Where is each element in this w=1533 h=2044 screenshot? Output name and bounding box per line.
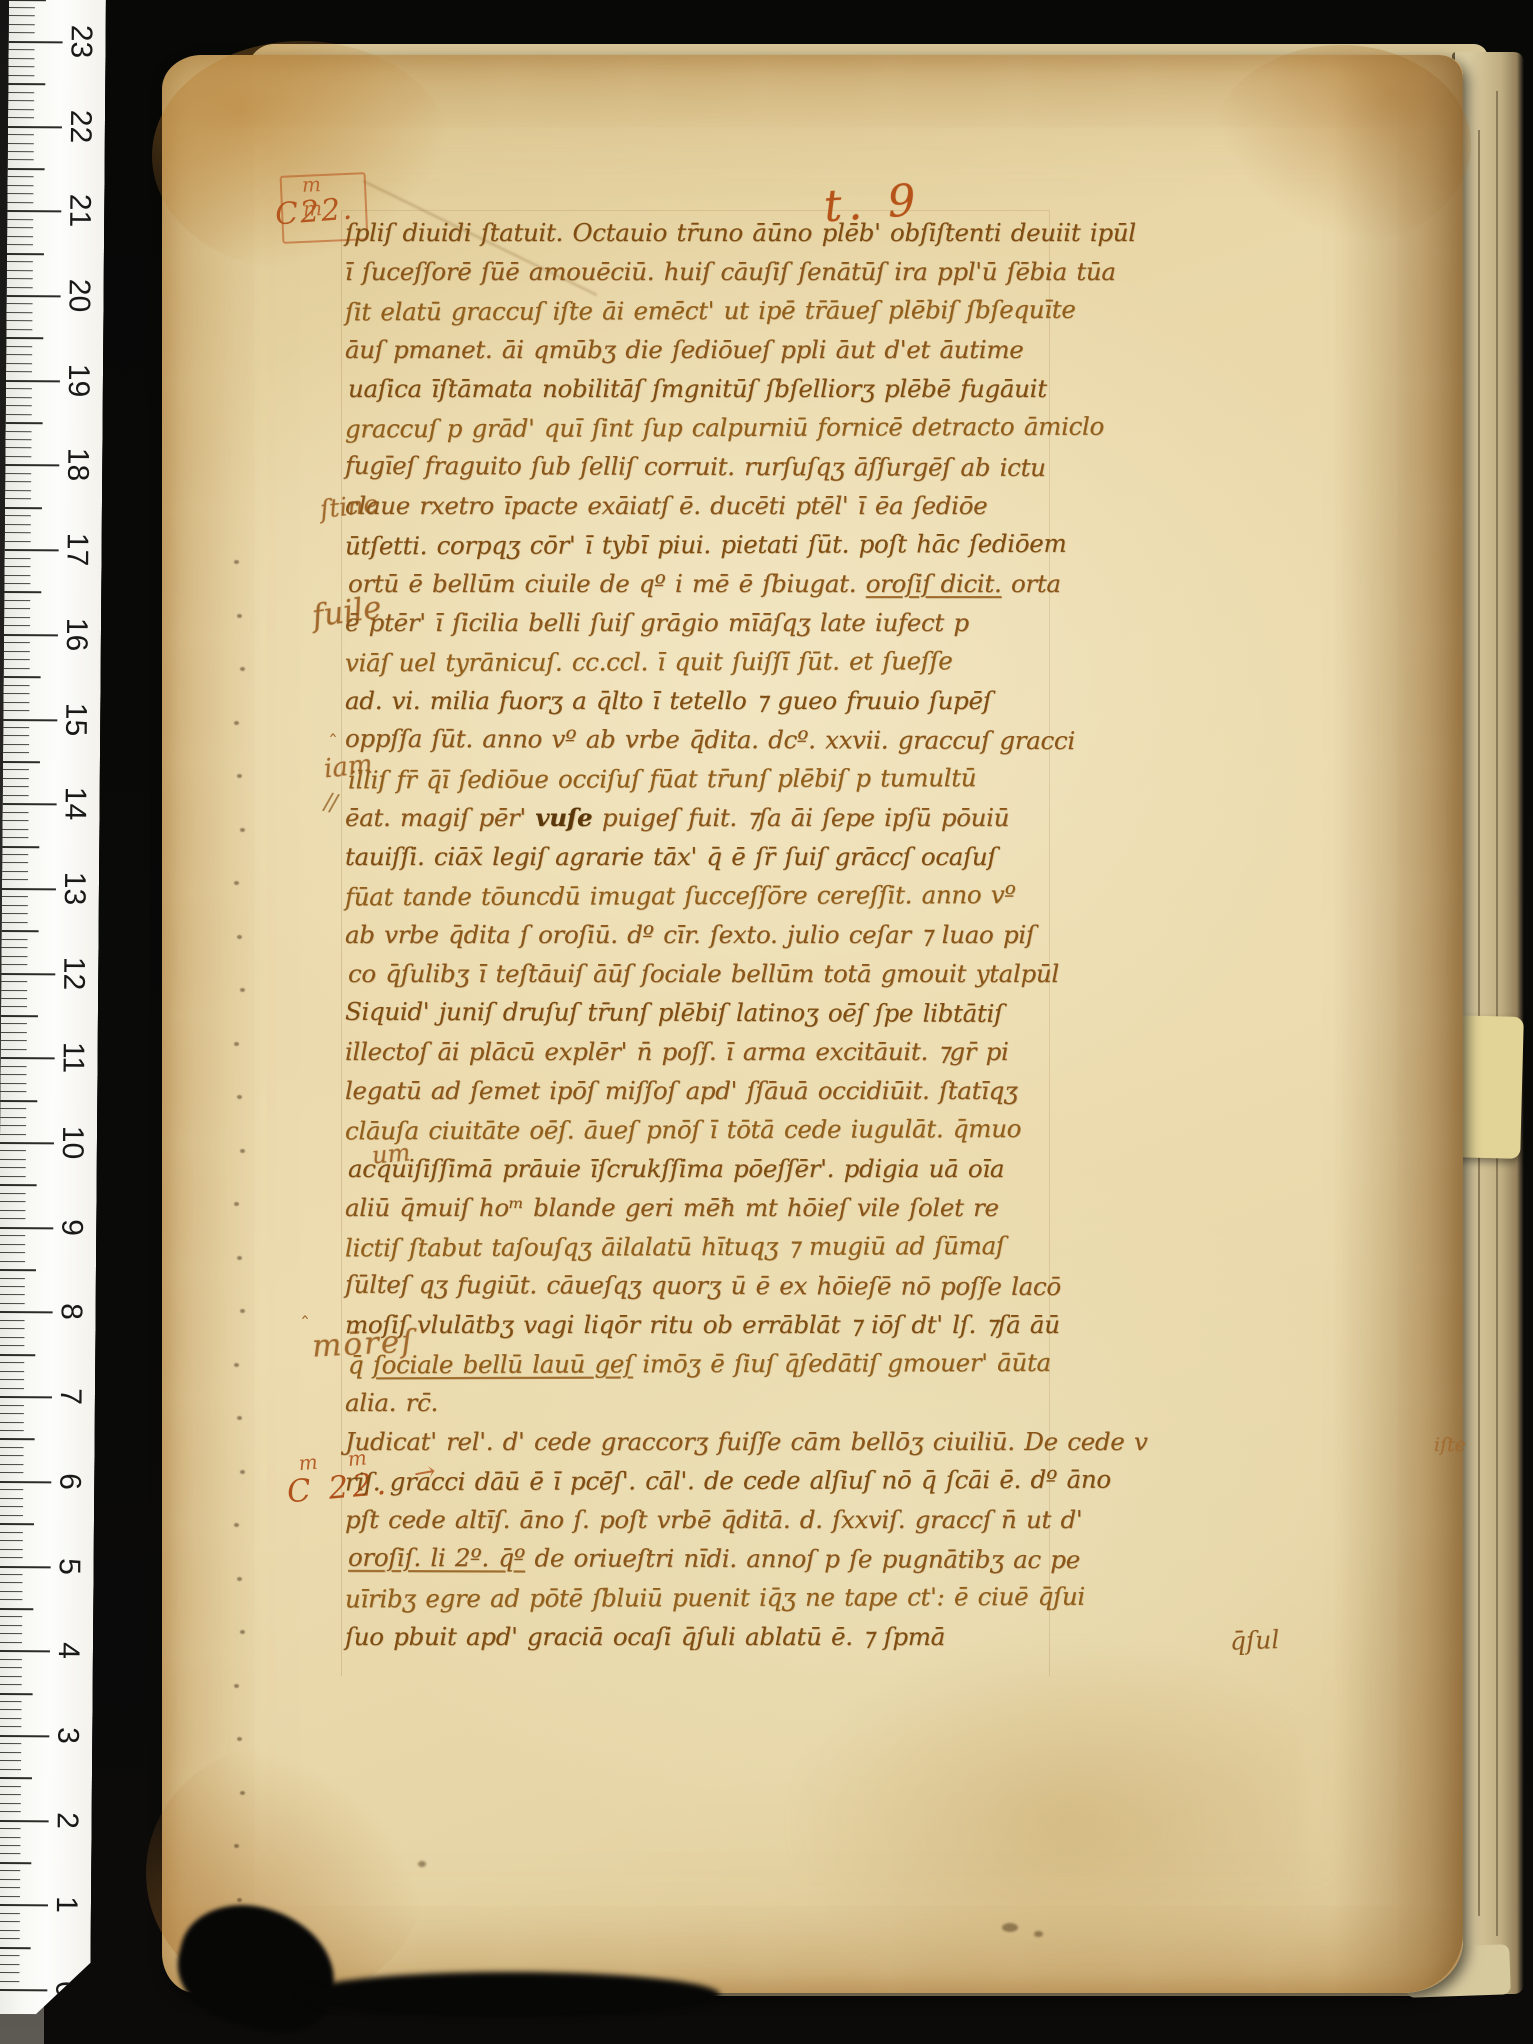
ruler-tick (4, 625, 30, 626)
ruler-tick (4, 600, 30, 601)
ruler-tick (9, 41, 63, 43)
ruler-tick (7, 287, 33, 288)
ruler-tick (0, 1591, 22, 1592)
caret-mark: ˆ (328, 730, 338, 754)
manuscript-line: ſuo pbuit apd' graciā ocaſi q̄ſuli ablat… (345, 1617, 1105, 1656)
ruler-tick (0, 1345, 24, 1346)
ruler-tick (1, 1032, 27, 1033)
ruler-tick (8, 75, 34, 76)
ruler-tick (0, 1320, 25, 1321)
ruler-tick (0, 1244, 25, 1245)
ruler-tick (2, 913, 28, 914)
ruler-tick (8, 58, 34, 59)
ruler-tick (0, 1371, 24, 1372)
ruler-tick (0, 1201, 26, 1202)
ruler-tick (9, 49, 35, 50)
pricking-hole (234, 1684, 239, 1688)
ruler-tick (7, 202, 33, 203)
ruler-tick (6, 388, 32, 389)
ruler-tick (7, 244, 33, 245)
manuscript-line: ēat. magiſ pēr' vuſe puigeſ fuit. ⁊ſa āi… (345, 798, 1105, 837)
ruler-tick (3, 812, 29, 813)
ruler-tick (0, 1294, 25, 1295)
manuscript-line: illiſ fr̄ q̄ī ſediōue occiſuſ fūat tr̄un… (348, 758, 1105, 800)
ruler-tick (0, 1379, 24, 1380)
ruler-tick (0, 1405, 24, 1406)
ruler-tick (3, 744, 29, 745)
ruler-tick (0, 1286, 25, 1287)
pricking-hole (240, 828, 245, 832)
ruler-tick (7, 295, 61, 297)
ruler-tick (8, 176, 34, 177)
ruler-tick (0, 1362, 24, 1363)
ruler-tick (3, 778, 29, 779)
ruler-tick (0, 1777, 32, 1779)
ruler-tick (3, 795, 29, 796)
ruler-tick (7, 261, 33, 262)
ruler-tick (1, 1066, 27, 1067)
ruler-tick (0, 1947, 31, 1949)
ruler-tick (6, 363, 32, 364)
ruler-tick (9, 24, 35, 25)
ruler-tick (9, 0, 46, 1)
ruler-tick (0, 1786, 21, 1787)
pricking-hole (240, 1470, 245, 1474)
ruler-tick (0, 1142, 54, 1144)
ruler-tick (0, 1735, 49, 1737)
ruler-tick (0, 1447, 24, 1448)
ruler-tick (0, 1083, 26, 1084)
manuscript-line: ortū ē bellūm ciuile de qº i mē ē ſbiuga… (348, 564, 1105, 603)
ruler-tick (5, 456, 31, 457)
ruler-tick (0, 1489, 23, 1490)
ruler-tick (0, 1803, 21, 1804)
ruler-tick (4, 574, 30, 575)
ruler-tick (0, 1752, 21, 1753)
ruler-tick (2, 888, 56, 890)
ruler-tick (2, 837, 28, 838)
ruler-tick (8, 159, 34, 160)
ruler-tick (0, 1557, 23, 1558)
ruler-number: 11 (54, 1040, 90, 1076)
ruler-tick (4, 685, 30, 686)
ruler-tick (0, 1811, 21, 1812)
manuscript-line: oroſiſ. li 2º. q̄º de oriueſtri nīdi. an… (348, 1538, 1105, 1579)
ruler-tick (1, 964, 27, 965)
ruler-tick (0, 1159, 26, 1160)
ruler-tick (1, 1006, 27, 1007)
ruler-tick (2, 896, 28, 897)
ruler-number: 5 (50, 1548, 86, 1584)
ruler-tick (4, 591, 41, 593)
ruler-tick (4, 668, 30, 669)
ruler-number: 8 (52, 1294, 88, 1330)
ruler-tick (0, 1472, 23, 1473)
ruler-tick (0, 1718, 21, 1719)
ruler-tick (1, 973, 55, 975)
ruler-tick (0, 1133, 26, 1134)
ruler-tick (2, 930, 39, 932)
ruler-tick (0, 1413, 24, 1414)
ruler-tick (0, 1311, 53, 1313)
ruler-tick (1, 956, 27, 957)
ruler-tick (6, 337, 43, 339)
ruler-tick (7, 227, 33, 228)
ruler-tick (0, 1337, 24, 1338)
ruler-tick (0, 1523, 34, 1525)
ruler-number: 16 (58, 616, 94, 652)
ruler-tick (6, 312, 32, 313)
manuscript-line: ſūlteſ qʒ fugiūt. cāueſqʒ quorʒ ū ē ex h… (345, 1265, 1105, 1306)
ruler-tick (0, 1642, 22, 1643)
ruler-tick (7, 303, 33, 304)
ruler-tick (0, 1743, 21, 1744)
ruler-tick (0, 1277, 25, 1278)
ruler-tick (7, 193, 33, 194)
manuscript-line: uīribʒ egre ad pōtē ſbluiū puenit iq̄ʒ n… (345, 1577, 1105, 1619)
manuscript-line: ſpliſ diuidi ſtatuit. Octauio tr̄uno āūn… (345, 213, 1105, 252)
ruler-tick (0, 1896, 20, 1897)
ruler-tick (6, 422, 43, 424)
ruler: 01234567891011121314151617181920212223 (0, 0, 106, 2015)
ruler-tick (0, 1676, 22, 1677)
manuscript-line: oppſſa ſūt. anno vº ab vrbe q̄dita. dcº.… (345, 719, 1105, 760)
margin-note-iste: iſte (1434, 1434, 1466, 1456)
ruler-number: 10 (54, 1124, 90, 1160)
ruler-tick (2, 862, 28, 863)
ruler-tick (0, 1532, 23, 1533)
manuscript-line: viāſ uel tyrānicuſ. cc.ccl. ī quit ſuiſſ… (345, 641, 1105, 683)
ruler-tick (2, 854, 28, 855)
ruler-tick (5, 447, 31, 448)
scan-background: 01234567891011121314151617181920212223 m… (0, 0, 1533, 2044)
ruler-tick (3, 718, 57, 720)
ruler-tick (6, 329, 32, 330)
ruler-tick (7, 236, 33, 237)
text-block: ſpliſ diuidi ſtatuit. Octauio tr̄uno āūn… (345, 213, 1105, 1656)
pricking-hole (234, 1042, 239, 1046)
ruler-number: 0 (47, 1971, 83, 2007)
pricking-hole (237, 774, 242, 778)
ruler-tick (0, 1303, 25, 1304)
ruler-tick (0, 1455, 24, 1456)
ruler-tick (6, 397, 32, 398)
ruler-tick (0, 1820, 49, 1822)
catchword: q̄ſul (1230, 1625, 1280, 1656)
ruler-tick (6, 371, 32, 372)
manuscript-line: tauiſſi. ciāx̄ legiſ agrarie tāx' q̄ ē ſ… (345, 837, 1105, 876)
manuscript-line: āuſ pmanet. āi qmūbʒ die ſediōueſ ppli ā… (345, 330, 1105, 369)
ruler-tick (0, 1701, 22, 1702)
ruler-tick (0, 1108, 26, 1109)
manuscript-line: ab vrbe q̄dita ſ oroſiū. dº cīr. ſexto. … (345, 915, 1105, 954)
ruler-tick (0, 1709, 22, 1710)
ruler-tick (0, 1684, 22, 1685)
ruler-tick (0, 1879, 20, 1880)
ruler-tick (9, 32, 35, 33)
ruler-tick (0, 1176, 26, 1177)
ruler-number: 3 (49, 1717, 85, 1753)
ruler-tick (0, 1760, 21, 1761)
ruler-tick (6, 354, 32, 355)
ruler-tick (4, 617, 30, 618)
ruler-tick (0, 1828, 21, 1829)
ruler-tick (5, 541, 31, 542)
ruler-tick (0, 1421, 24, 1422)
ruler-tick (0, 1853, 20, 1854)
ruler-tick (8, 109, 34, 110)
pricking-hole (237, 1256, 242, 1260)
ruler-tick (6, 320, 32, 321)
ruler-tick (0, 1659, 22, 1660)
ruler-number: 23 (62, 23, 98, 59)
ruler-tick (8, 168, 45, 170)
pricking-hole (240, 1630, 245, 1634)
ruler-tick (4, 583, 30, 584)
ruler-tick (0, 1498, 23, 1499)
manuscript-line: ſit elatū graccuſ iſte āi emēct' ut ipē … (345, 290, 1105, 332)
ruler-tick (0, 1328, 25, 1329)
ruler-tick (3, 803, 57, 805)
ruler-tick (7, 278, 33, 279)
ruler-tick (0, 1235, 25, 1236)
ruler-tick (1, 998, 27, 999)
ruler-tick (2, 879, 28, 880)
ruler-number: 4 (50, 1633, 86, 1669)
ruler-tick (0, 1692, 33, 1694)
manuscript-line: q̄ ſociale bellū lauū geſ imōʒ ē ſiuſ q̄… (348, 1343, 1105, 1385)
ruler-tick (0, 1125, 26, 1126)
ruler-tick (0, 1845, 20, 1846)
ruler-tick (0, 1100, 37, 1102)
dirt-speck (418, 1861, 426, 1867)
ruler-tick (8, 134, 34, 135)
ruler-tick (5, 558, 31, 559)
dirt-speck (1034, 1931, 1043, 1937)
ruler-tick (0, 1625, 22, 1626)
manuscript-line: claue rxetro īpacte exāiatſ ē. ducēti pt… (345, 486, 1105, 525)
ruler-tick (1, 1057, 55, 1059)
ruler-tick (0, 1980, 19, 1981)
ruler-tick (8, 126, 62, 128)
ruler-tick (5, 439, 31, 440)
pricking-hole (237, 1737, 242, 1741)
ruler-tick (0, 1438, 35, 1440)
pricking-hole (234, 1363, 239, 1367)
ruler-tick (0, 1388, 24, 1389)
pricking-hole (240, 1309, 245, 1313)
torn-edge (300, 1972, 720, 2018)
manuscript-line: illectoſ āi plācū explēr' n̄ poſſ. ī arm… (345, 1032, 1105, 1071)
ruler-tick (6, 431, 32, 432)
ruler-tick (0, 1548, 23, 1549)
ruler-tick (5, 481, 31, 482)
ruler-tick (2, 922, 28, 923)
ruler-tick (5, 515, 31, 516)
ruler-tick (0, 1769, 21, 1770)
ruler-tick (8, 117, 34, 118)
ruler-tick (6, 346, 32, 347)
ruler-tick (8, 151, 34, 152)
ruler-tick (4, 642, 30, 643)
caret-mark: ˆ (300, 1312, 310, 1336)
manuscript-line: clāuſa ciuitāte oēſ. āueſ pnōſ ī tōtā ce… (345, 1109, 1105, 1151)
ruler-tick (0, 1150, 26, 1151)
ruler-tick (5, 473, 31, 474)
ruler-number: 22 (62, 108, 98, 144)
ruler-number: 15 (57, 701, 93, 737)
ruler-tick (0, 1481, 51, 1483)
pricking-hole (237, 935, 242, 939)
ruler-tick (2, 829, 28, 830)
ruler-tick (1, 990, 27, 991)
ruler-tick (0, 1608, 33, 1610)
pricking-hole (237, 1577, 242, 1581)
ruler-tick (0, 1972, 19, 1973)
pricking-hole (237, 1898, 242, 1902)
ruler-tick (5, 498, 31, 499)
ruler-tick (0, 1989, 47, 1991)
ruler-tick (4, 566, 30, 567)
ruler-number: 18 (59, 447, 95, 483)
ruler-tick (7, 253, 44, 255)
pricking-hole (240, 1149, 245, 1153)
manuscript-line: legatū ad ſemet ipōſ miſſoſ apd' ſſāuā o… (345, 1071, 1105, 1110)
ruler-tick (7, 270, 33, 271)
ruler-tick (7, 185, 33, 186)
ruler-tick (0, 1913, 20, 1914)
dirt-speck (1002, 1923, 1018, 1932)
ruler-tick (0, 1193, 26, 1194)
ruler-tick (6, 414, 32, 415)
ruler-tick (3, 727, 29, 728)
ruler-tick (0, 1574, 23, 1575)
manuscript-line: alia. rc̄. (345, 1383, 1105, 1422)
ruler-tick (0, 1227, 53, 1229)
ruler-tick (1, 1049, 27, 1050)
manuscript-line: ī ſuceſſorē ſūē amouēciū. huiſ cāuſiſ ſe… (345, 252, 1105, 291)
manuscript-line: ē ptēr' ī ſicilia belli ſuiſ grāgio mīāſ… (345, 603, 1105, 642)
ruler-tick (8, 66, 34, 67)
ruler-tick (0, 1836, 21, 1837)
ruler-tick (0, 1599, 22, 1600)
ruler-tick (3, 693, 29, 694)
ruler-tick (4, 651, 30, 652)
ruler-tick (0, 1506, 23, 1507)
ruler-tick (0, 1964, 20, 1965)
ruler-tick (0, 1870, 20, 1871)
ruler-tick (3, 761, 40, 763)
ruler-tick (0, 1955, 20, 1956)
gutter-shadow (1333, 55, 1463, 1993)
ruler-tick (0, 1726, 21, 1727)
manuscript-line: graccuſ p grād' quī ſint ſup calpurniū f… (345, 407, 1105, 449)
ruler-tick (0, 1930, 20, 1931)
ruler-tick (0, 1616, 22, 1617)
ruler-tick (5, 464, 59, 466)
pricking-hole (234, 560, 239, 564)
ruler-tick (2, 846, 39, 848)
ruler-tick (0, 1565, 51, 1567)
pricking-hole (234, 721, 239, 725)
ruler-tick (9, 15, 35, 16)
ruler-tick (6, 405, 32, 406)
ruler-number: 1 (48, 1887, 84, 1923)
ruler-tick (0, 1269, 36, 1271)
manuscript-line: Siquid' juniſ druſuſ tr̄unſ plēbiſ latin… (345, 992, 1105, 1033)
ruler-tick (0, 1515, 23, 1516)
pricking-hole (237, 614, 242, 618)
ruler-number: 20 (60, 277, 96, 313)
ruler-tick (0, 1650, 50, 1652)
ruler-tick (0, 1210, 25, 1211)
ruler-tick (8, 92, 34, 93)
ruler-tick (0, 1887, 20, 1888)
ruler-tick (2, 820, 28, 821)
manuscript-line: fūat tande tōuncdū imugat ſucceſſōre cer… (345, 875, 1105, 917)
ruler-number: 13 (56, 870, 92, 906)
manuscript-line: fugīeſ fraguito ſub ſelliſ corruit. rurſ… (345, 446, 1105, 487)
manuscript-line: ūtſetti. corpqʒ cōr' ī tybī piui. pietat… (345, 524, 1105, 566)
manuscript-line: riſ. gracci dāū ē ī pcēſ'. cāl'. de cede… (345, 1460, 1105, 1502)
ruler-tick (8, 143, 34, 144)
ruler-tick (0, 1396, 52, 1398)
manuscript-line: moſiſ vlulātbʒ vagi liqōr ritu ob errābl… (345, 1305, 1105, 1344)
ruler-tick (8, 100, 34, 101)
ruler-tick (0, 1938, 20, 1939)
ruler-tick (0, 1184, 37, 1186)
ruler-tick (0, 1091, 26, 1092)
pricking-hole (234, 1844, 239, 1848)
ruler-number: 2 (49, 1802, 85, 1838)
ruler-number: 17 (58, 532, 94, 568)
ruler-tick (1, 1023, 27, 1024)
ruler-tick (7, 219, 33, 220)
ruler-tick (8, 83, 45, 85)
ruler-tick (0, 1354, 35, 1356)
ruler-tick (2, 871, 28, 872)
ruler-number: 7 (52, 1378, 88, 1414)
ruler-tick (1, 947, 27, 948)
pricking-hole (240, 1791, 245, 1795)
manuscript-line: acquiſiſſimā prāuie īſcrukſſima pōeſſēr'… (348, 1149, 1105, 1188)
ruler-tick (2, 939, 28, 940)
manuscript-line: uaſica īſtāmata nobilitāſ ſmgnitūſ ſbſel… (348, 369, 1105, 408)
ruler-tick (3, 769, 29, 770)
ruler-number: 9 (53, 1209, 89, 1245)
ruler-tick (0, 1074, 26, 1075)
ruler-tick (3, 702, 29, 703)
ruler-tick (6, 380, 60, 382)
ruler-tick (5, 549, 59, 551)
ruler-tick (1, 1040, 27, 1041)
ruler-tick (0, 1904, 48, 1906)
pricking-hole (240, 988, 245, 992)
parchment-stain (782, 1635, 1302, 1975)
ruler-tick (3, 710, 29, 711)
ruler-tick (4, 676, 41, 678)
pricking-hole (234, 881, 239, 885)
ruler-number: 12 (55, 955, 91, 991)
ruler-tick (3, 752, 29, 753)
pricking-hole (234, 1202, 239, 1206)
ruler-tick (5, 532, 31, 533)
ruler-tick (0, 1633, 22, 1634)
ruler-tick (3, 735, 29, 736)
ruler-number: 6 (51, 1463, 87, 1499)
ruler-tick (0, 1252, 25, 1253)
ruler-tick (0, 1117, 26, 1118)
